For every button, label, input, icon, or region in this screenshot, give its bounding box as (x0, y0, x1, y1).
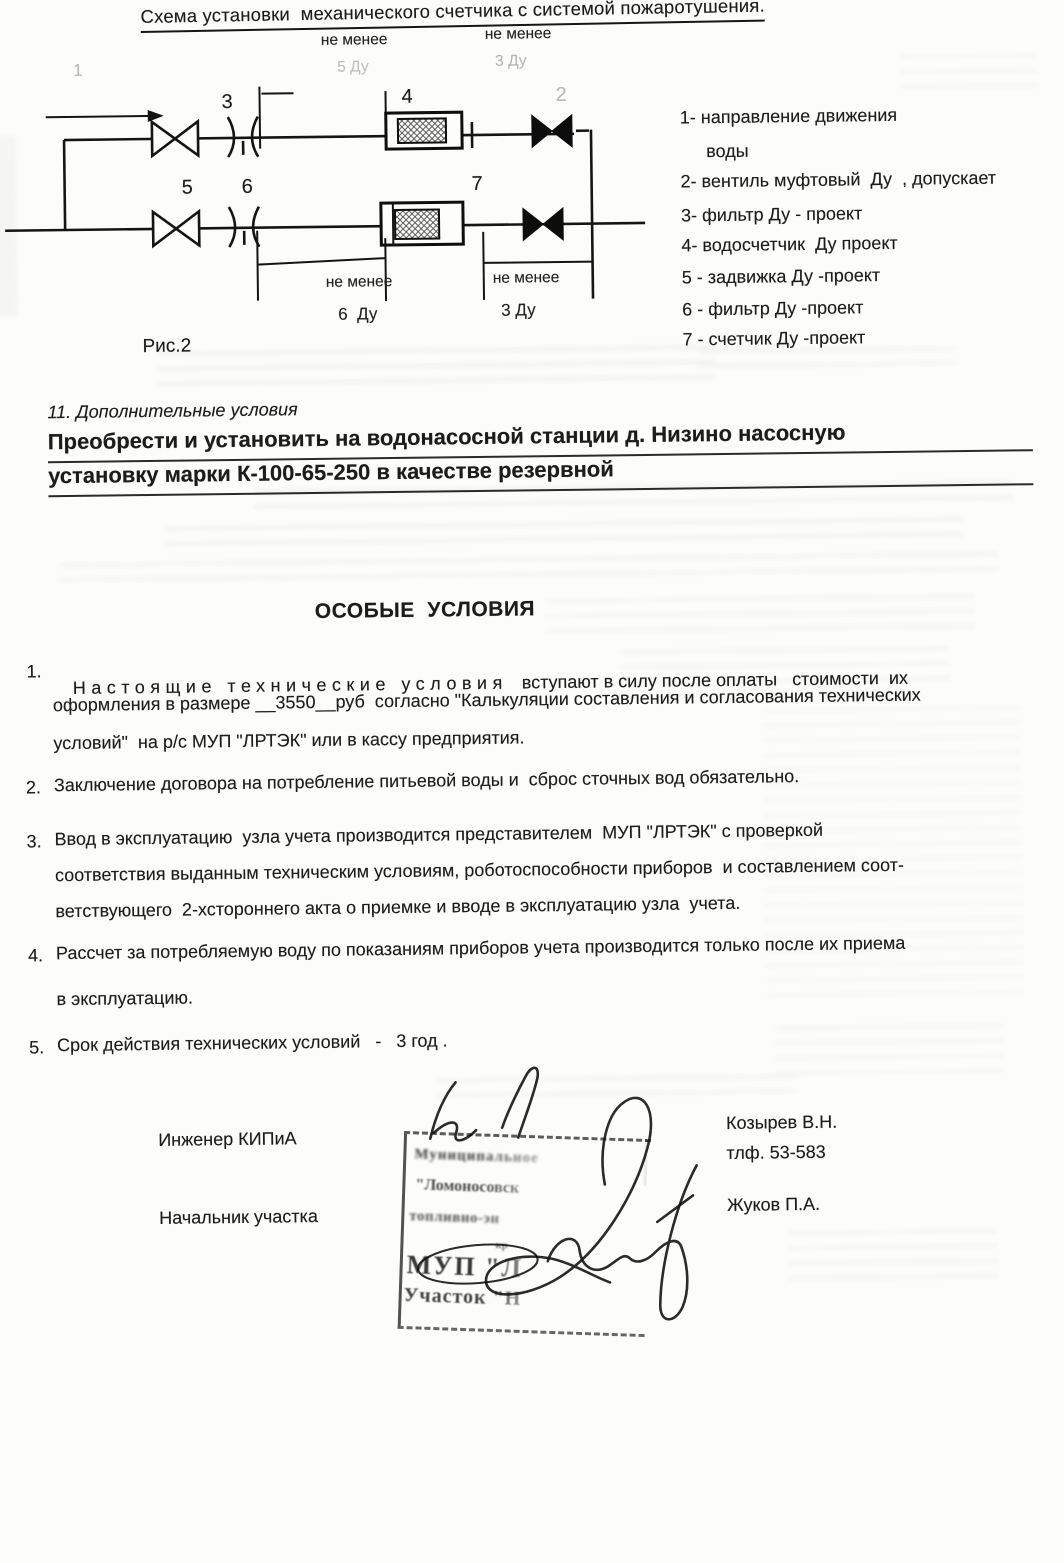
handwritten-signature (0, 0, 1064, 1563)
scan-content: Схема установки механического счетчика с… (0, 0, 1064, 1563)
scanned-document-page: Схема установки механического счетчика с… (0, 0, 1064, 1563)
